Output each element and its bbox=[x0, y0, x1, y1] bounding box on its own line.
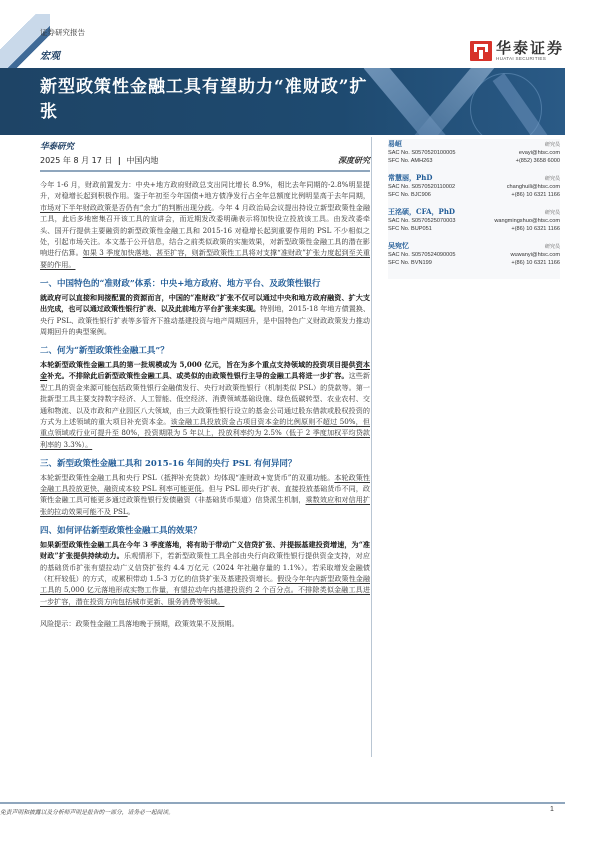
footer-divider bbox=[0, 802, 565, 804]
logo-en-text: HUATAI SECURITIES bbox=[496, 56, 564, 61]
section-text: 本轮新型政策性金融工具和央行 PSL（抵押补充贷款）均体现“准财政+宽货币”的双… bbox=[40, 473, 334, 482]
analyst-role: 研究员 bbox=[545, 243, 560, 250]
report-type-label: 证券研究报告 bbox=[40, 27, 85, 38]
analyst-sac: SAC No. S0570525070003 bbox=[388, 217, 456, 225]
title-banner: 新型政策性金融工具有望助力“准财政”扩张 bbox=[0, 68, 565, 135]
summary-text: 今年 1-6 月，财政前置发力：中央+地方政府财政总支出同比增长 8.9%，相比… bbox=[40, 180, 370, 200]
section-3-heading: 三、新型政策性金融工具和 2015-16 年间的央行 PSL 有何异同？ bbox=[40, 459, 370, 471]
analyst-phone: +(86) 10 6321 1166 bbox=[511, 191, 560, 199]
section-1-heading: 一、中国特色的“准财政”体系：中央+地方政府、地方平台、及政策性银行 bbox=[40, 279, 370, 291]
section-4-body: 如果新型政策性金融工具在今年 3 季度落地，将有助于带动广义信贷扩张、并提振基建… bbox=[40, 539, 370, 607]
section-4-heading: 四、如何评估新型政策性金融工具的效果？ bbox=[40, 526, 370, 538]
analyst-name: 常慧丽，PhD bbox=[388, 173, 432, 183]
analyst-sac: SAC No. S0570520110002 bbox=[388, 183, 455, 191]
date-row: 2025 年 8 月 17 日 | 中国内地 深度研究 bbox=[40, 155, 370, 172]
analyst-phone: +(86) 10 6321 1166 bbox=[511, 225, 560, 233]
section-2-heading: 二、何为“新型政策性金融工具”？ bbox=[40, 346, 370, 358]
report-depth-label: 深度研究 bbox=[338, 155, 370, 166]
analyst-email[interactable]: evayi@htsc.com bbox=[519, 149, 560, 157]
analyst-card: 吴宛忆 研究员 SAC No. S0570524090005wuwanyi@ht… bbox=[388, 241, 560, 267]
analyst-role: 研究员 bbox=[545, 175, 560, 182]
section-1-body: 就政府可以直接和间接配置的资源而言，中国的“准财政”扩张不仅可以通过中央和地方政… bbox=[40, 292, 370, 338]
analyst-name: 吴宛忆 bbox=[388, 241, 409, 251]
analyst-card: 易峘 研究员 SAC No. S0570520100005evayi@htsc.… bbox=[388, 139, 560, 165]
section-lead: 本轮新型政策性金融工具的第一批规模或为 5,000 亿元，旨在为多个重点支持领域… bbox=[40, 360, 356, 369]
analyst-name: 王洺硕，CFA，PhD bbox=[388, 207, 455, 217]
date-separator: | bbox=[118, 156, 121, 165]
analyst-sac: SAC No. S0570520100005 bbox=[388, 149, 456, 157]
analyst-sfc: SFC No. BVN199 bbox=[388, 259, 432, 267]
analyst-panel: 易峘 研究员 SAC No. S0570520100005evayi@htsc.… bbox=[388, 139, 560, 279]
summary-paragraph: 今年 1-6 月，财政前置发力：中央+地方政府财政总支出同比增长 8.9%，相比… bbox=[40, 179, 370, 270]
logo-cn-text: 华泰证券 bbox=[496, 40, 564, 56]
section-2-body: 本轮新型政策性金融工具的第一批规模或为 5,000 亿元，旨在为多个重点支持领域… bbox=[40, 359, 370, 450]
analyst-email[interactable]: changhuili@htsc.com bbox=[507, 183, 560, 191]
analyst-card: 常慧丽，PhD 研究员 SAC No. S0570520110002changh… bbox=[388, 173, 560, 199]
analyst-sac: SAC No. S0570524090005 bbox=[388, 251, 456, 259]
summary-highlight: 市场对下半年财政政策是否仍有“余力”的判断出现分歧 bbox=[40, 203, 211, 212]
summary-highlight: 如果 3 季度加快落地、甚至扩容，则新型政策性工具将对支撑“准财政”扩张力度起到… bbox=[40, 248, 370, 268]
analyst-sfc: SFC No. BJC906 bbox=[388, 191, 431, 199]
huatai-logo: 华泰证券 HUATAI SECURITIES bbox=[470, 40, 564, 61]
column-divider bbox=[371, 137, 372, 757]
footer-disclaimer: 免责声明和披露以及分析师声明是报告的一部分，请务必一起阅读。 bbox=[0, 807, 174, 816]
page-title: 新型政策性金融工具有望助力“准财政”扩张 bbox=[40, 75, 370, 125]
analyst-sfc: SFC No. BUP051 bbox=[388, 225, 432, 233]
report-date: 2025 年 8 月 17 日 bbox=[40, 156, 112, 165]
main-content: 华泰研究 2025 年 8 月 17 日 | 中国内地 深度研究 今年 1-6 … bbox=[40, 137, 370, 629]
analyst-role: 研究员 bbox=[545, 209, 560, 216]
report-region: 中国内地 bbox=[126, 156, 158, 165]
analyst-role: 研究员 bbox=[545, 141, 560, 148]
page-number: 1 bbox=[550, 806, 554, 813]
analyst-email[interactable]: wuwanyi@htsc.com bbox=[510, 251, 560, 259]
analyst-card: 王洺硕，CFA，PhD 研究员 SAC No. S0570525070003wa… bbox=[388, 207, 560, 233]
analyst-sfc: SFC No. AMH263 bbox=[388, 157, 432, 165]
section-lead: 补充。不排除此后新型政策性金融工具、或类似的由政策性银行主导的金融工具将进一步扩… bbox=[47, 371, 348, 380]
huatai-logo-icon bbox=[470, 41, 492, 61]
analyst-phone: +(86) 10 6321 1166 bbox=[511, 259, 560, 267]
analyst-email[interactable]: wangmingshuo@htsc.com bbox=[494, 217, 560, 225]
analyst-name: 易峘 bbox=[388, 139, 402, 149]
risk-warning: 风险提示：政策性金融工具落地晚于预期，政策效果不及预期。 bbox=[40, 619, 370, 629]
section-3-body: 本轮新型政策性金融工具和央行 PSL（抵押补充贷款）均体现“准财政+宽货币”的双… bbox=[40, 472, 370, 518]
org-name: 华泰研究 bbox=[40, 140, 370, 152]
analyst-phone: +(852) 3658 6000 bbox=[516, 157, 560, 165]
section-text: 。 bbox=[128, 507, 135, 516]
category-label: 宏观 bbox=[40, 47, 60, 62]
